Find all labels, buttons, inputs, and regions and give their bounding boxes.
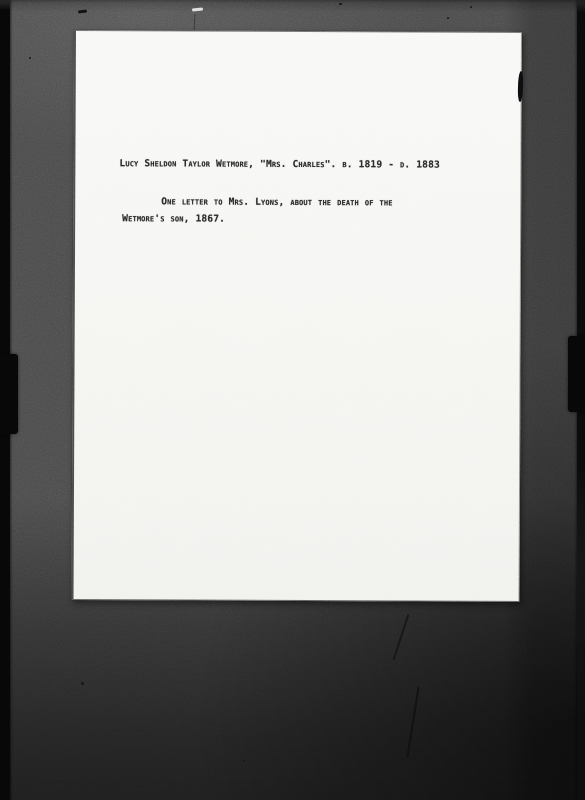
card-heading: Lucy Sheldon Taylor Wetmore, "Mrs. Charl… bbox=[119, 157, 440, 171]
film-scratch bbox=[406, 686, 419, 757]
dust-speck bbox=[81, 682, 84, 685]
film-scratch bbox=[393, 614, 409, 660]
dust-speck bbox=[243, 760, 245, 762]
dust-speck bbox=[519, 641, 521, 643]
card-note-line-2: Wetmore's son, 1867. bbox=[122, 212, 225, 225]
white-dash-artifact bbox=[192, 7, 203, 11]
film-notch-left bbox=[0, 354, 18, 434]
index-card: Lucy Sheldon Taylor Wetmore, "Mrs. Charl… bbox=[72, 30, 522, 602]
dust-speck bbox=[447, 17, 449, 19]
ink-mark-paper-edge bbox=[517, 71, 523, 102]
dust-speck bbox=[29, 57, 31, 59]
film-scratch bbox=[194, 14, 196, 30]
dust-speck bbox=[339, 3, 342, 5]
dust-speck bbox=[470, 6, 472, 8]
film-frame: Lucy Sheldon Taylor Wetmore, "Mrs. Charl… bbox=[0, 0, 585, 800]
film-notch-right bbox=[568, 336, 585, 412]
black-dash-artifact bbox=[78, 9, 87, 13]
card-note-line-1: One letter to Mrs. Lyons, about the deat… bbox=[161, 195, 392, 209]
